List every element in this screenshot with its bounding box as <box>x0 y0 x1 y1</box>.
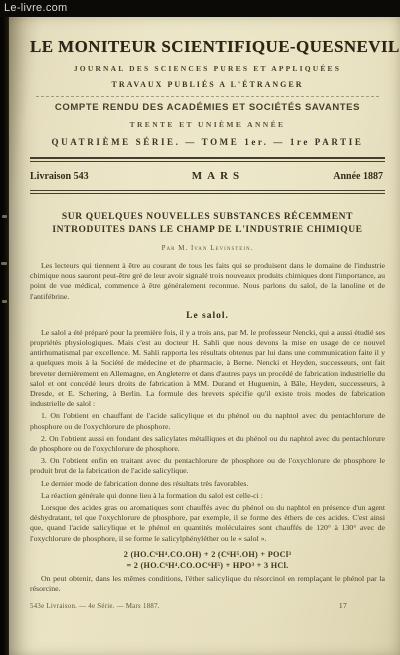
page-number: 17 <box>339 601 347 610</box>
body-paragraph: Le salol a été préparé pour la première … <box>30 328 385 410</box>
body-paragraph: 1. On l'obtient en chauffant de l'acide … <box>30 411 385 431</box>
journal-page: LE MONITEUR SCIENTIFIQUE-QUESNEVILLE JOU… <box>9 17 400 655</box>
closing-paragraph: On peut obtenir, dans les mêmes conditio… <box>30 574 385 594</box>
formula-line-2: = 2 (HO.C⁶H⁴.CO.OC⁶H⁵) + HPO³ + 3 HCl. <box>30 560 385 571</box>
masthead-subtitle-serie: QUATRIÈME SÉRIE. — TOME 1er. — 1re PARTI… <box>30 137 385 147</box>
masthead-subtitle-compte-rendu: COMPTE RENDU DES ACADÉMIES ET SOCIÉTÉS S… <box>30 102 385 113</box>
issue-bar: Livraison 543 MARS Année 1887 <box>30 162 385 190</box>
dotted-divider <box>36 96 379 97</box>
article-body: Le salol a été préparé pour la première … <box>30 328 385 544</box>
body-paragraph: 2. On l'obtient aussi en fondant des sal… <box>30 434 385 454</box>
body-paragraph: 3. On l'obtient enfin en traitant avec d… <box>30 456 385 476</box>
page-footer: 543e Livraison. — 4e Série. — Mars 1887.… <box>30 601 385 610</box>
body-paragraph: Lorsque des acides gras ou aromatiques s… <box>30 503 385 544</box>
watermark-text: Le-livre.com <box>4 2 68 14</box>
masthead-subtitle-annee: TRENTE ET UNIÈME ANNÉE <box>30 120 385 129</box>
masthead: LE MONITEUR SCIENTIFIQUE-QUESNEVILLE JOU… <box>30 37 385 147</box>
issue-livraison: Livraison 543 <box>30 171 89 182</box>
adjacent-page-fragment <box>1 262 7 265</box>
section-heading: Le salol. <box>30 311 385 321</box>
article-title: SUR QUELQUES NOUVELLES SUBSTANCES RÉCEMM… <box>43 211 373 237</box>
masthead-subtitle-journal: JOURNAL DES SCIENCES PURES ET APPLIQUÉES <box>30 64 385 73</box>
issue-month: MARS <box>178 170 244 182</box>
article-byline: Par M. Ivan Levinstein. <box>30 244 385 252</box>
adjacent-page-fragment <box>2 300 7 303</box>
issue-year: Année 1887 <box>333 171 383 182</box>
double-rule-bottom <box>30 190 385 194</box>
masthead-subtitle-travaux: TRAVAUX PUBLIÉS A L'ÉTRANGER <box>30 80 385 89</box>
intro-paragraph: Les lecteurs qui tiennent à être au cour… <box>30 261 385 302</box>
book-spine-edge <box>0 17 9 655</box>
journal-title: LE MONITEUR SCIENTIFIQUE-QUESNEVILLE <box>30 37 385 57</box>
scanned-journal-cover: Le-livre.com LE MONITEUR SCIENTIFIQUE-QU… <box>0 0 400 655</box>
formula-line-1: 2 (HO.C⁶H⁴.CO.OH) + 2 (C⁶H⁵.OH) + POCl³ <box>30 549 385 560</box>
footer-citation: 543e Livraison. — 4e Série. — Mars 1887. <box>30 603 160 610</box>
adjacent-page-fragment <box>2 215 7 218</box>
chemical-formula: 2 (HO.C⁶H⁴.CO.OH) + 2 (C⁶H⁵.OH) + POCl³ … <box>30 549 385 571</box>
body-paragraph: La réaction générale qui donne lieu à la… <box>30 491 385 501</box>
body-paragraph: Le dernier mode de fabrication donne des… <box>30 479 385 489</box>
